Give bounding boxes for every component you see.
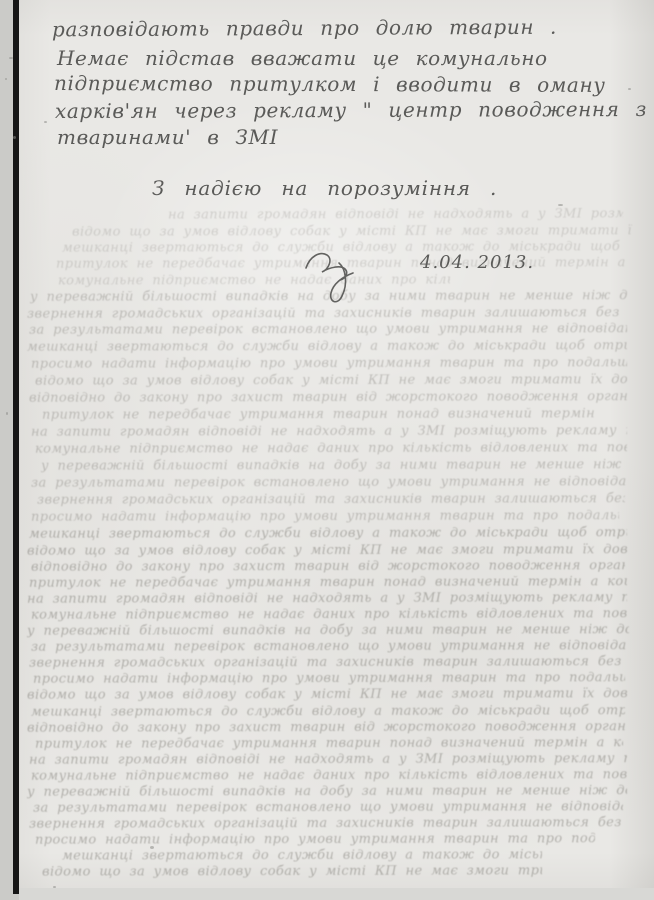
speck (5, 78, 7, 80)
closing-line: З надією на порозуміння . (152, 176, 497, 200)
bleedthrough-line: просимо надати інформацію про умови утри… (33, 670, 625, 687)
bleedthrough-line: притулок не передбачає утримання тварин … (29, 574, 627, 591)
speck (150, 846, 154, 849)
bleedthrough-line: просимо надати інформацію про умови утри… (31, 355, 627, 372)
handwriting-line-3: підприємство притулком і вводити в оману (54, 71, 606, 97)
bleedthrough-line: за результатами перевірок встановлено що… (31, 474, 627, 491)
bleedthrough-line: у переважній більшості випадків на добу … (27, 622, 629, 639)
bleedthrough-line: на запити громадян відповіді не надходят… (27, 590, 627, 607)
bleedthrough-line: мешканці звертаються до служби відлову а… (27, 338, 627, 355)
bleedthrough-line: за результатами перевірок встановлено що… (33, 799, 623, 816)
speck (558, 204, 563, 206)
speck (628, 88, 631, 90)
bleedthrough-line: відомо що за умов відлову собак у місті … (35, 372, 627, 389)
bleedthrough-line: відомо що за умов відлову собак у місті … (27, 542, 627, 559)
page-edge-line (13, 0, 19, 894)
speck (53, 886, 56, 888)
bleedthrough-line: на запити громадян відповіді не надходят… (31, 423, 627, 440)
bleedthrough-line: відповідно до закону про захист тварин в… (31, 558, 625, 575)
speck (44, 121, 47, 123)
bleedthrough-line: комунальне підприємство не надає даних п… (31, 767, 627, 784)
speck (6, 412, 8, 415)
speck (13, 136, 16, 139)
handwriting-line-2: Немає підстав вважати це комунально (57, 46, 548, 70)
speck (9, 57, 13, 59)
bleedthrough-line: притулок не передбачає утримання тварин … (42, 406, 602, 422)
bleedthrough-line: просимо надати інформацію про умови утри… (31, 508, 619, 525)
bleedthrough-line: відомо що за умов відлову собак у місті … (27, 686, 629, 703)
bleedthrough-line: відомо що за умов відлову собак у місті … (72, 223, 632, 239)
bleedthrough-line: притулок не передбачає утримання тварин … (35, 735, 623, 752)
handwriting-line-1: разповідають правди про долю тварин . (52, 15, 557, 42)
signature-scribble (300, 244, 372, 310)
bleedthrough-line: мешканці звертаються до служби відлову а… (62, 847, 542, 863)
bleedthrough-line: комунальне підприємство не надає даних п… (35, 440, 627, 457)
bleedthrough-line: звернення громадських організацій та зах… (29, 654, 627, 671)
scanned-letter-page: на запити громадян відповіді не надходят… (0, 0, 654, 900)
bleedthrough-line: мешканці звертаються до служби відлову а… (29, 525, 627, 542)
bleedthrough-line: у переважній більшості випадків на добу … (41, 457, 621, 474)
bleedthrough-line: звернення громадських організацій та зах… (29, 815, 623, 832)
bleedthrough-line: у переважній більшості випадків на добу … (27, 783, 627, 800)
scanner-left-strip (0, 0, 13, 900)
bleedthrough-line: на запити громадян відповіді не надходят… (168, 206, 623, 222)
scanner-bottom-strip (19, 888, 654, 900)
bleedthrough-line: просимо надати інформацію про умови утри… (35, 831, 595, 847)
bleedthrough-line: на запити громадян відповіді не надходят… (29, 751, 627, 768)
bleedthrough-line: відповідно до закону про захист тварин в… (27, 719, 627, 736)
bleedthrough-line: відомо що за умов відлову собак у місті … (42, 863, 542, 879)
date-text: 4.04. 2013. (420, 252, 534, 273)
bleedthrough-line: комунальне підприємство не надає даних п… (58, 272, 450, 288)
bleedthrough-line: за результатами перевірок встановлено що… (29, 321, 627, 338)
bleedthrough-line: відповідно до закону про захист тварин в… (29, 389, 627, 406)
handwriting-line-5: тваринами' в ЗМІ (57, 125, 278, 149)
bleedthrough-line: звернення громадських організацій та зах… (37, 491, 625, 508)
bleedthrough-line: мешканці звертаються до служби відлову а… (31, 703, 625, 720)
bleedthrough-line: за результатами перевірок встановлено що… (31, 638, 627, 655)
handwriting-line-4: харків'ян через рекламу " центр поводжен… (55, 97, 647, 123)
bleedthrough-line: комунальне підприємство не надає даних п… (31, 606, 627, 623)
